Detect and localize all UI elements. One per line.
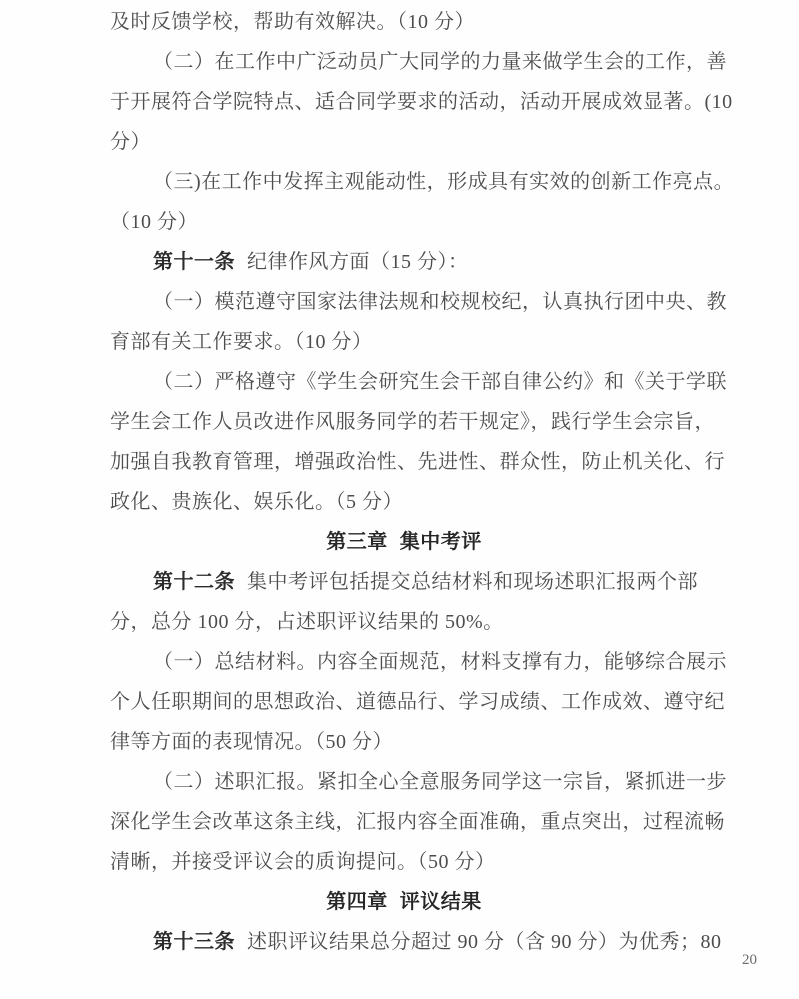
- text-line: （二）严格遵守《学生会研究生会干部自律公约》和《关于学联: [110, 362, 698, 402]
- text-line: 分）: [110, 122, 698, 162]
- text-line: （10 分）: [110, 202, 698, 242]
- text-line: 深化学生会改革这条主线，汇报内容全面准确，重点突出，过程流畅: [110, 802, 698, 842]
- text-line: （一）总结材料。内容全面规范，材料支撑有力，能够综合展示: [110, 642, 698, 682]
- body-text: （一）模范遵守国家法律法规和校规校纪，认真执行团中央、教: [153, 291, 727, 313]
- body-text: 集中考评包括提交总结材料和现场述职汇报两个部: [247, 571, 698, 593]
- body-text: 分）: [110, 131, 151, 153]
- body-text: 加强自我教育管理，增强政治性、先进性、群众性，防止机关化、行: [110, 451, 725, 473]
- bold-label-text: 第十二条: [153, 571, 235, 593]
- body-text: 律等方面的表现情况。（50 分）: [110, 731, 393, 753]
- bold-label-text: 集中考评: [400, 531, 482, 553]
- text-line: 分，总分 100 分，占述职评议结果的 50%。: [110, 602, 698, 642]
- document-page: 及时反馈学校，帮助有效解决。（10 分）（二）在工作中广泛动员广大同学的力量来做…: [0, 0, 799, 999]
- text-line: （二）述职汇报。紧扣全心全意服务同学这一宗旨，紧抓进一步: [110, 762, 698, 802]
- text-line: 第十二条集中考评包括提交总结材料和现场述职汇报两个部: [110, 562, 698, 602]
- text-line: 政化、贵族化、娱乐化。（5 分）: [110, 482, 698, 522]
- text-line: 清晰，并接受评议会的质询提问。（50 分）: [110, 842, 698, 882]
- body-text: 个人任职期间的思想政治、道德品行、学习成绩、工作成效、遵守纪: [110, 691, 725, 713]
- text-line: 第十三条述职评议结果总分超过 90 分（含 90 分）为优秀；80: [110, 922, 698, 962]
- text-line: 于开展符合学院特点、适合同学要求的活动，活动开展成效显著。(10: [110, 82, 698, 122]
- body-text: （10 分）: [110, 211, 198, 233]
- body-text: （二）严格遵守《学生会研究生会干部自律公约》和《关于学联: [153, 371, 727, 393]
- text-line: 加强自我教育管理，增强政治性、先进性、群众性，防止机关化、行: [110, 442, 698, 482]
- body-text: 深化学生会改革这条主线，汇报内容全面准确，重点突出，过程流畅: [110, 811, 725, 833]
- text-line: （二）在工作中广泛动员广大同学的力量来做学生会的工作，善: [110, 42, 698, 82]
- text-line: 学生会工作人员改进作风服务同学的若干规定》，践行学生会宗旨，: [110, 402, 698, 442]
- text-line: （三)在工作中发挥主观能动性，形成具有实效的创新工作亮点。: [110, 162, 698, 202]
- chapter-heading: 第四章评议结果: [110, 882, 698, 922]
- body-text: 述职评议结果总分超过 90 分（含 90 分）为优秀；80: [247, 931, 722, 953]
- body-text: （三)在工作中发挥主观能动性，形成具有实效的创新工作亮点。: [153, 171, 734, 193]
- text-line: 及时反馈学校，帮助有效解决。（10 分）: [110, 2, 698, 42]
- document-lines: 及时反馈学校，帮助有效解决。（10 分）（二）在工作中广泛动员广大同学的力量来做…: [110, 2, 698, 962]
- chapter-heading: 第三章集中考评: [110, 522, 698, 562]
- body-text: （一）总结材料。内容全面规范，材料支撑有力，能够综合展示: [153, 651, 727, 673]
- bold-label-text: 第十一条: [153, 251, 235, 273]
- bold-label-text: 第四章: [326, 891, 388, 913]
- body-text: 清晰，并接受评议会的质询提问。（50 分）: [110, 851, 496, 873]
- text-line: 律等方面的表现情况。（50 分）: [110, 722, 698, 762]
- text-line: 第十一条纪律作风方面（15 分）：: [110, 242, 698, 282]
- bold-label-text: 第三章: [326, 531, 388, 553]
- body-text: 及时反馈学校，帮助有效解决。（10 分）: [110, 11, 475, 33]
- body-text: 学生会工作人员改进作风服务同学的若干规定》，践行学生会宗旨，: [110, 411, 715, 433]
- bold-label-text: 第十三条: [153, 931, 235, 953]
- body-text: 于开展符合学院特点、适合同学要求的活动，活动开展成效显著。(10: [110, 91, 733, 113]
- text-line: 个人任职期间的思想政治、道德品行、学习成绩、工作成效、遵守纪: [110, 682, 698, 722]
- body-text: 分，总分 100 分，占述职评议结果的 50%。: [110, 611, 504, 633]
- body-text: 育部有关工作要求。（10 分）: [110, 331, 373, 353]
- text-line: （一）模范遵守国家法律法规和校规校纪，认真执行团中央、教: [110, 282, 698, 322]
- text-line: 育部有关工作要求。（10 分）: [110, 322, 698, 362]
- body-text: （二）述职汇报。紧扣全心全意服务同学这一宗旨，紧抓进一步: [153, 771, 727, 793]
- body-text: 政化、贵族化、娱乐化。（5 分）: [110, 491, 403, 513]
- page-number: 20: [742, 948, 757, 972]
- body-text: 纪律作风方面（15 分）：: [247, 251, 469, 273]
- bold-label-text: 评议结果: [400, 891, 482, 913]
- body-text: （二）在工作中广泛动员广大同学的力量来做学生会的工作，善: [153, 51, 727, 73]
